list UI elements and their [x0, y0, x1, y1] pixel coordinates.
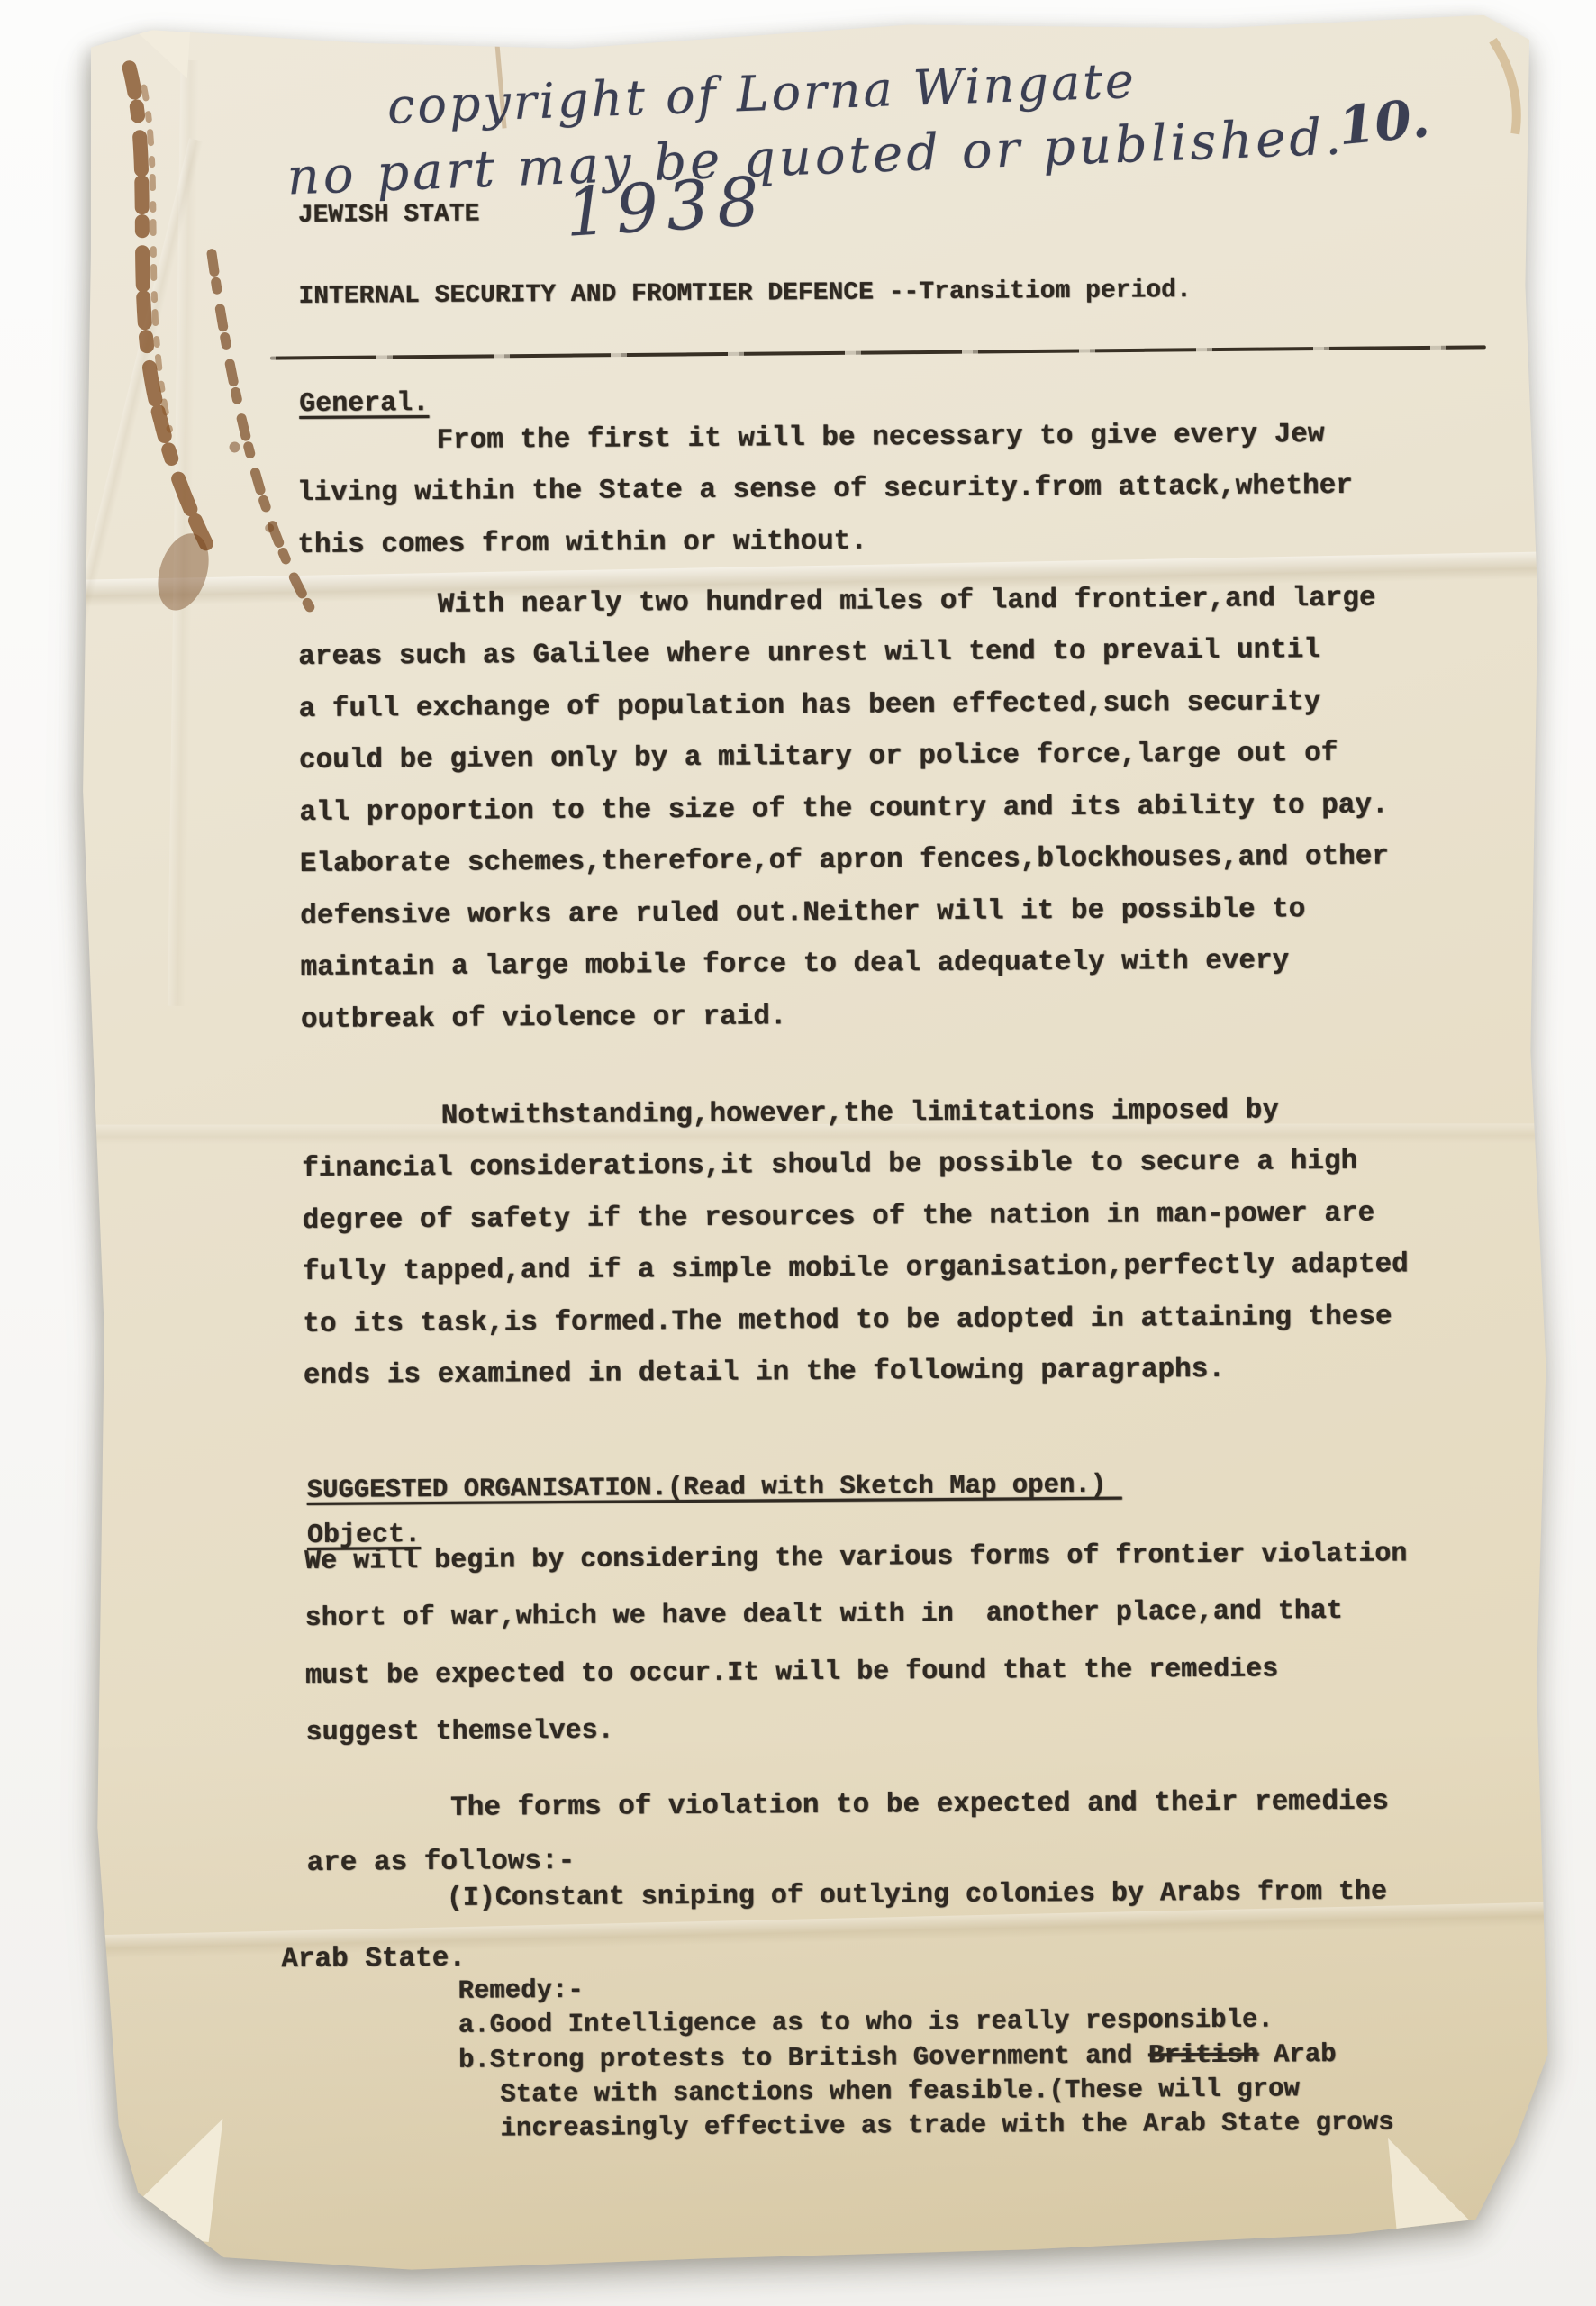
typed-line: are as follows:- [306, 1841, 1389, 1879]
typed-line: degree of safety if the resources of the… [302, 1198, 1408, 1236]
typed-line: living within the State a sense of secur… [297, 471, 1353, 509]
typed-line: outbreak of violence or raid. [301, 997, 1390, 1035]
typed-line: suggest themselves. [305, 1711, 1408, 1748]
typewritten-page: copyright of Lorna Wingate no part may b… [73, 14, 1555, 2278]
typed-line: Elaborate schemes,therefore,of apron fen… [300, 842, 1389, 880]
paragraph-general-2: With nearly two hundred miles of land fr… [298, 584, 1391, 1058]
typed-line: defensive works are ruled out.Neither wi… [300, 894, 1389, 931]
typed-line: maintain a large mobile force to deal ad… [300, 946, 1389, 984]
typed-line: all proportion to the size of the countr… [299, 790, 1388, 828]
vertical-crease [168, 60, 199, 1006]
remedy-list: Remedy:-a.Good Intelligence as to who is… [458, 1971, 1393, 2150]
handwritten-page-number: 10. [1336, 87, 1432, 157]
typed-line: Remedy:- [458, 1971, 1392, 2006]
typed-line: increasingly effective as trade with the… [458, 2109, 1393, 2144]
typed-line: From the first it will be necessary to g… [296, 420, 1352, 458]
typed-line: With nearly two hundred miles of land fr… [298, 584, 1387, 622]
typed-line: short of war,which we have dealt with in… [305, 1597, 1408, 1634]
folded-corner-bottom-right [1388, 2130, 1480, 2238]
typed-line: We will begin by considering the various… [304, 1539, 1407, 1576]
typed-text-segment: Arab [1257, 2039, 1336, 2070]
typed-line: financial considerations,it should be po… [302, 1147, 1408, 1185]
list-item-one-continuation: Arab State. [281, 1943, 466, 1975]
typed-line: ends is examined in detail in the follow… [304, 1354, 1410, 1392]
typed-divider-rule [270, 345, 1486, 359]
heading-general: General. [299, 388, 429, 420]
paper-shadow-wrap: copyright of Lorna Wingate no part may b… [0, 0, 1596, 2306]
typed-line: this comes from within or without. [297, 523, 1353, 561]
typed-line: could be given only by a military or pol… [299, 739, 1388, 776]
typed-line: The forms of violation to be expected an… [306, 1787, 1389, 1825]
paragraph-general-1: From the first it will be necessary to g… [296, 420, 1353, 583]
typed-line: must be expected to occur.It will be fou… [305, 1654, 1408, 1691]
paragraph-object: We will begin by considering the various… [304, 1539, 1409, 1775]
diagonal-crease [70, 138, 203, 631]
document-photo: copyright of Lorna Wingate no part may b… [0, 0, 1596, 2306]
typed-line: areas such as Galilee where unrest will … [298, 635, 1387, 673]
heading-suggested-organisation: SUGGESTED ORGANISATION.(Read with Sketch… [307, 1470, 1122, 1505]
paragraph-general-3: Notwithstanding,however,the limitations … [302, 1094, 1410, 1412]
document-title: INTERNAL SECURITY AND FROMTIER DEFENCE -… [298, 277, 1192, 311]
struck-out-word: British [1148, 2039, 1258, 2070]
folded-corner-top-left [130, 28, 190, 78]
handwritten-year: 1938 [563, 163, 769, 252]
list-item-one: (I)Constant sniping of outlying colonies… [447, 1877, 1387, 1914]
typed-line: b.Strong protests to British Government … [458, 2039, 1393, 2074]
typed-line: fully tapped,and if a simple mobile orga… [303, 1250, 1409, 1288]
typed-line: Notwithstanding,however,the limitations … [302, 1094, 1408, 1132]
typed-line: State with sanctions when feasible.(Thes… [458, 2074, 1393, 2109]
typed-text-segment: b.Strong protests to British Government … [458, 2040, 1148, 2074]
typed-line: to its task,is formed.The method to be a… [303, 1302, 1409, 1339]
typed-line: a.Good Intelligence as to who is really … [458, 2005, 1393, 2040]
state-label: JEWISH STATE [298, 201, 480, 230]
typed-line: a full exchange of population has been e… [298, 686, 1387, 724]
folded-corner-bottom-left [108, 2107, 222, 2242]
